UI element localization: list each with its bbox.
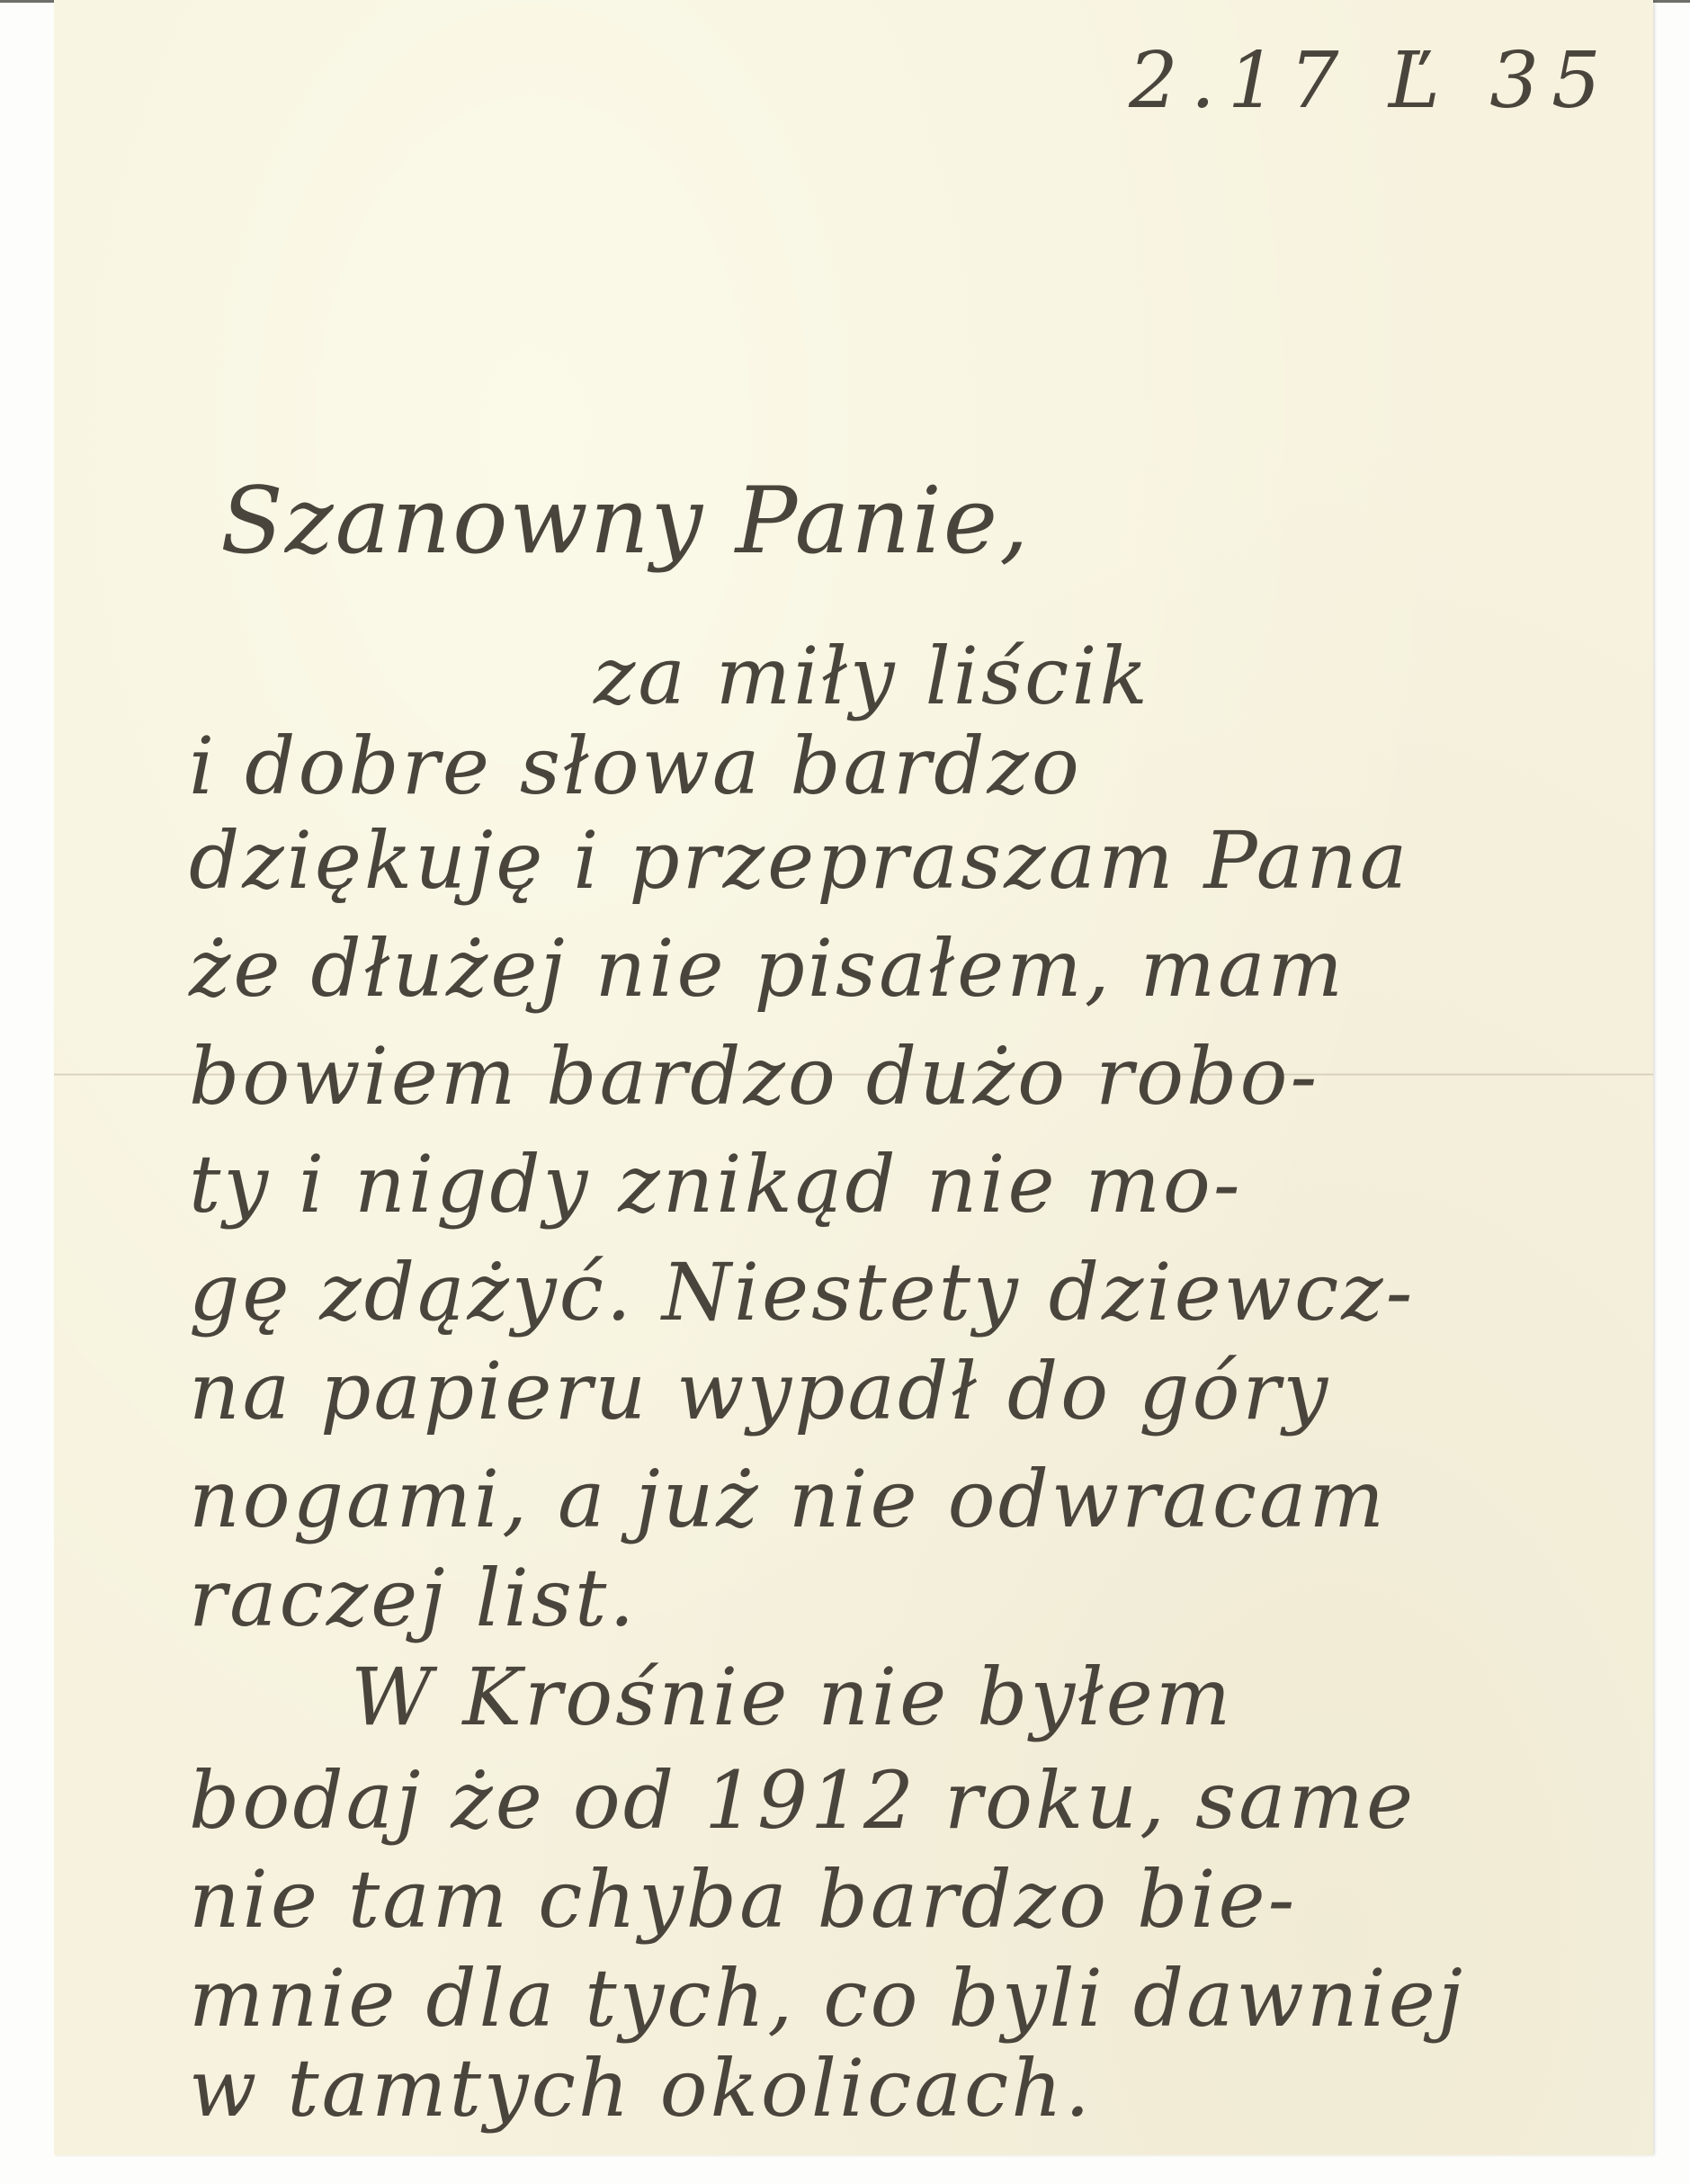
- letter-line-10: raczej list.: [189, 1552, 637, 1644]
- letter-line-8: na papieru wypadł do góry: [189, 1345, 1330, 1437]
- letter-line-9: nogami, a już nie odwracam: [189, 1453, 1387, 1545]
- letter-line-3: dziękuję i przepraszam Pana: [189, 814, 1409, 907]
- letter-line-13: nie tam chyba bardzo bie-: [189, 1853, 1297, 1946]
- letter-line-15: w tamtych okolicach.: [189, 2042, 1093, 2135]
- letter-line-5: bowiem bardzo dużo robo-: [189, 1030, 1319, 1123]
- letter-line-6: ty i nigdy znikąd nie mo-: [189, 1138, 1243, 1231]
- letter-line-4: że dłużej nie pisałem, mam: [189, 922, 1346, 1015]
- letter-line-1: za miły liścik: [594, 630, 1150, 722]
- letter-date: 2.17 Ľ 35: [1129, 36, 1614, 126]
- letter-line-7: gę zdążyć. Niestety dziewcz-: [189, 1246, 1415, 1338]
- letter-page: 2.17 Ľ 35 Szanowny Panie, za miły liścik…: [54, 0, 1653, 2155]
- letter-line-12: bodaj że od 1912 roku, same: [189, 1754, 1416, 1847]
- letter-line-11: W Krośnie nie byłem: [351, 1651, 1233, 1743]
- letter-line-14: mnie dla tych, co byli dawniej: [189, 1952, 1465, 2045]
- letter-line-2: i dobre słowa bardzo: [189, 720, 1082, 812]
- letter-salutation: Szanowny Panie,: [220, 468, 1031, 575]
